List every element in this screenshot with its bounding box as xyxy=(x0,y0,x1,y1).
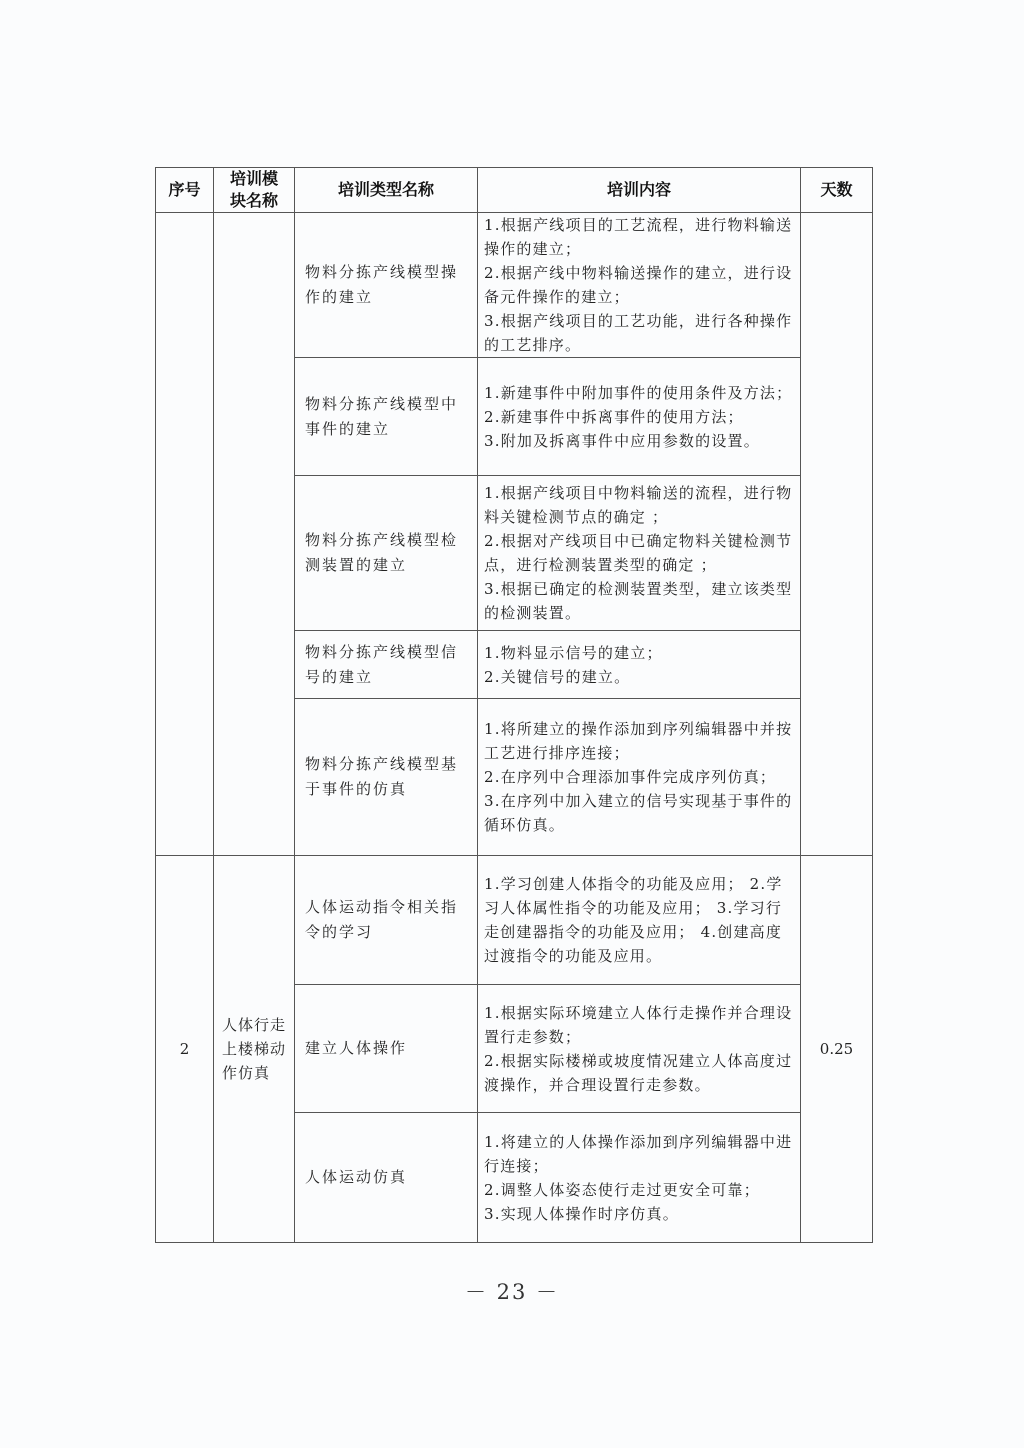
training-content: 1.根据产线项目的工艺流程，进行物料输送操作的建立； 2.根据产线中物料输送操作… xyxy=(478,213,801,358)
content-item: 1.根据产线项目的工艺流程，进行物料输送操作的建立； xyxy=(484,213,794,261)
content-item: 3.在序列中加入建立的信号实现基于事件的循环仿真。 xyxy=(484,789,794,837)
training-type: 人体运动仿真 xyxy=(295,1113,478,1243)
training-type: 物料分拣产线模型信号的建立 xyxy=(295,631,478,699)
section-days: 0.25 xyxy=(801,856,873,1243)
section-module xyxy=(214,213,295,856)
content-item: 2.根据对产线项目中已确定物料关键检测节点，进行检测装置类型的确定 ； xyxy=(484,529,794,577)
content-item: 1.根据实际环境建立人体行走操作并合理设置行走参数； xyxy=(484,1001,794,1049)
training-type: 物料分拣产线模型检测装置的建立 xyxy=(295,476,478,631)
header-module-line1: 培训模 xyxy=(214,168,294,190)
training-content: 1.根据实际环境建立人体行走操作并合理设置行走参数； 2.根据实际楼梯或坡度情况… xyxy=(478,985,801,1113)
training-type: 人体运动指令相关指令的学习 xyxy=(295,856,478,985)
content-item: 1.物料显示信号的建立； xyxy=(484,641,794,665)
training-content: 1.新建事件中附加事件的使用条件及方法； 2.新建事件中拆离事件的使用方法； 3… xyxy=(478,358,801,476)
page-number: － 23 － xyxy=(0,1276,1024,1306)
header-module-line2: 块名称 xyxy=(214,190,294,212)
training-content: 1.根据产线项目中物料输送的流程，进行物料关键检测节点的确定 ； 2.根据对产线… xyxy=(478,476,801,631)
header-days: 天数 xyxy=(801,168,873,213)
training-content: 1.物料显示信号的建立； 2.关键信号的建立。 xyxy=(478,631,801,699)
content-item: 1.将建立的人体操作添加到序列编辑器中进行连接； xyxy=(484,1130,794,1178)
content-item: 1.新建事件中附加事件的使用条件及方法； xyxy=(484,381,794,405)
header-no: 序号 xyxy=(156,168,214,213)
content-item: 2.新建事件中拆离事件的使用方法； xyxy=(484,405,794,429)
content-item: 3.根据产线项目的工艺功能，进行各种操作的工艺排序。 xyxy=(484,309,794,357)
training-content: 1.将建立的人体操作添加到序列编辑器中进行连接； 2.调整人体姿态使行走过更安全… xyxy=(478,1113,801,1243)
content-item: 3.附加及拆离事件中应用参数的设置。 xyxy=(484,429,794,453)
header-type: 培训类型名称 xyxy=(295,168,478,213)
training-type: 物料分拣产线模型中事件的建立 xyxy=(295,358,478,476)
section-module: 人体行走上楼梯动作仿真 xyxy=(214,856,295,1243)
content-item: 1.将所建立的操作添加到序列编辑器中并按工艺进行排序连接； xyxy=(484,717,794,765)
section-no: 2 xyxy=(156,856,214,1243)
content-item: 2.在序列中合理添加事件完成序列仿真； xyxy=(484,765,794,789)
training-type: 建立人体操作 xyxy=(295,985,478,1113)
table-row: 物料分拣产线模型操作的建立 1.根据产线项目的工艺流程，进行物料输送操作的建立；… xyxy=(156,213,873,358)
section-no xyxy=(156,213,214,856)
training-table: 序号 培训模 块名称 培训类型名称 培训内容 天数 物料分拣产线模型操作的建立 … xyxy=(155,167,873,1243)
content-item: 1.根据产线项目中物料输送的流程，进行物料关键检测节点的确定 ； xyxy=(484,481,794,529)
section-days xyxy=(801,213,873,856)
training-type: 物料分拣产线模型基于事件的仿真 xyxy=(295,699,478,856)
content-item: 3.根据已确定的检测装置类型，建立该类型的检测装置。 xyxy=(484,577,794,625)
content-item: 1.学习创建人体指令的功能及应用； 2.学习人体属性指令的功能及应用； 3.学习… xyxy=(484,872,794,968)
content-item: 3.实现人体操作时序仿真。 xyxy=(484,1202,794,1226)
content-item: 2.根据产线中物料输送操作的建立，进行设备元件操作的建立； xyxy=(484,261,794,309)
table-header-row: 序号 培训模 块名称 培训类型名称 培训内容 天数 xyxy=(156,168,873,213)
document-page: 序号 培训模 块名称 培训类型名称 培训内容 天数 物料分拣产线模型操作的建立 … xyxy=(0,0,1024,1448)
header-module: 培训模 块名称 xyxy=(214,168,295,213)
training-type: 物料分拣产线模型操作的建立 xyxy=(295,213,478,358)
content-item: 2.调整人体姿态使行走过更安全可靠； xyxy=(484,1178,794,1202)
content-item: 2.根据实际楼梯或坡度情况建立人体高度过渡操作，并合理设置行走参数。 xyxy=(484,1049,794,1097)
table-row: 2 人体行走上楼梯动作仿真 人体运动指令相关指令的学习 1.学习创建人体指令的功… xyxy=(156,856,873,985)
header-content: 培训内容 xyxy=(478,168,801,213)
training-content: 1.学习创建人体指令的功能及应用； 2.学习人体属性指令的功能及应用； 3.学习… xyxy=(478,856,801,985)
content-item: 2.关键信号的建立。 xyxy=(484,665,794,689)
training-content: 1.将所建立的操作添加到序列编辑器中并按工艺进行排序连接； 2.在序列中合理添加… xyxy=(478,699,801,856)
